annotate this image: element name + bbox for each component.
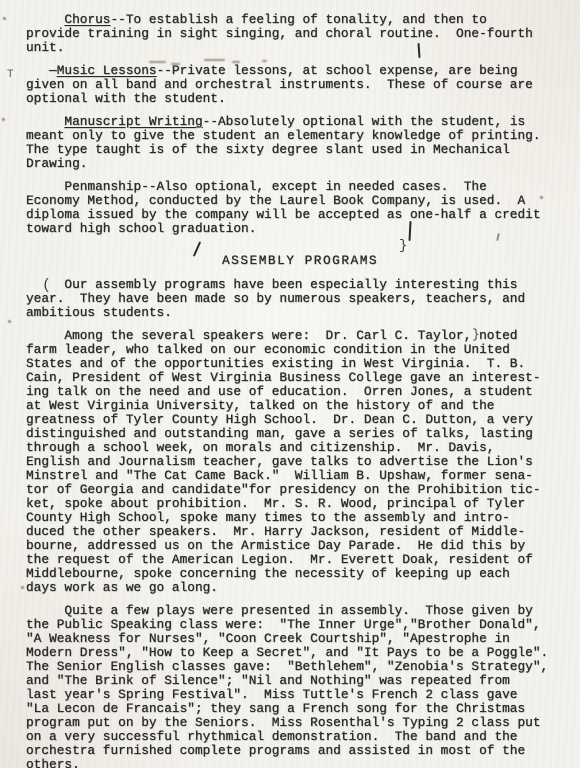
text-segment: the request of the American Legion. Mr. …	[26, 552, 533, 567]
text-segment: duced the other speakers. Mr. Harry Jack…	[26, 524, 525, 539]
text-line: English and Journalism teacher, gave tal…	[26, 455, 570, 469]
typewritten-page: Chorus--To establish a feeling of tonali…	[0, 0, 580, 768]
text-segment: —	[26, 63, 57, 78]
text-segment: unit.	[26, 40, 64, 55]
text-line: County High School, spoke many times to …	[26, 511, 570, 525]
text-segment: on a very successful rhythmical demonstr…	[26, 729, 517, 744]
text-segment	[26, 114, 64, 129]
text-segment: English and Journalism teacher, gave tal…	[26, 454, 533, 469]
text-line: tor of Georgia and candidate"for preside…	[26, 483, 570, 497]
text-segment: farm leader, who talked on our economic …	[26, 342, 510, 357]
ink-speck	[8, 320, 11, 323]
text-line: duced the other speakers. Mr. Harry Jack…	[26, 525, 570, 539]
text-line: Our assembly programs have been especial…	[26, 278, 570, 292]
text-line: ambitious students.	[26, 306, 570, 320]
text-line: Chorus--To establish a feeling of tonali…	[26, 13, 570, 27]
text-line: The type taught is of the sixty degree s…	[26, 143, 570, 157]
text-line: last year's Spring Festival". Miss Tuttl…	[26, 688, 570, 702]
text-segment: ing talk on the need and use of educatio…	[26, 384, 533, 399]
text-line: "La Lecon de Francais"; they sang a Fren…	[26, 702, 570, 716]
text-line: "A Weakness for Nurses", "Coon Creek Cou…	[26, 632, 570, 646]
text-line: —Music Lessons--Private lessons, at scho…	[26, 64, 570, 78]
text-segment: Middlebourne, spoke concerning the neces…	[26, 566, 510, 581]
text-line: Economy Method, conducted by the Laurel …	[26, 194, 570, 208]
text-line: Modern Dress", "How to Keep a Secret", a…	[26, 646, 570, 660]
document-body: Chorus--To establish a feeling of tonali…	[26, 13, 570, 768]
paragraph: Quite a few plays were presented in asse…	[26, 604, 570, 768]
text-segment: given on all band and orchestral instrum…	[26, 77, 533, 92]
text-line: and "The Brink of Silence"; "Nil and Not…	[26, 674, 570, 688]
text-line: program put on by the Seniors. Miss Rose…	[26, 716, 570, 730]
text-line: farm leader, who talked on our economic …	[26, 343, 570, 357]
text-line: greatness of Tyler County High School. D…	[26, 413, 570, 427]
text-segment: year. They have been made so by numerous…	[26, 291, 525, 306]
text-segment: Quite a few plays were presented in asse…	[26, 603, 533, 618]
text-line: Penmanship--Also optional, except in nee…	[26, 180, 570, 194]
text-line: toward high school graduation.	[26, 222, 570, 236]
text-segment: orchestra furnished complete programs an…	[26, 743, 525, 758]
paragraph: —Music Lessons--Private lessons, at scho…	[26, 64, 570, 106]
text-line: distinguished and outstanding man, gave …	[26, 427, 570, 441]
section-heading: ASSEMBLY PROGRAMS	[222, 254, 570, 268]
text-line: ing talk on the need and use of educatio…	[26, 385, 570, 399]
text-line: at West Virginia University, talked on t…	[26, 399, 570, 413]
text-segment: --To establish a feeling of tonality, an…	[110, 12, 486, 27]
text-segment: others.	[26, 757, 80, 768]
underlined-course-title: Music Lessons	[57, 63, 157, 78]
paragraph: Chorus--To establish a feeling of tonali…	[26, 13, 570, 55]
paragraph: Our assembly programs have been especial…	[26, 278, 570, 320]
text-line: Drawing.	[26, 157, 570, 171]
text-line: Quite a few plays were presented in asse…	[26, 604, 570, 618]
text-line: the request of the American Legion. Mr. …	[26, 553, 570, 567]
text-line: others.	[26, 758, 570, 768]
text-line: meant only to give the student an elemen…	[26, 129, 570, 143]
text-segment: the Public Speaking class were: "The Inn…	[26, 617, 541, 632]
text-segment: toward high school graduation.	[26, 221, 256, 236]
text-segment: Modern Dress", "How to Keep a Secret", a…	[26, 645, 548, 660]
text-segment: "La Lecon de Francais"; they sang a Fren…	[26, 701, 525, 716]
text-line: Manuscript Writing--Absolutely optional …	[26, 115, 570, 129]
paragraph: Penmanship--Also optional, except in nee…	[26, 180, 570, 236]
text-line: The Senior English classes gave: "Bethle…	[26, 660, 570, 674]
underlined-course-title: Chorus	[64, 12, 110, 27]
text-segment	[26, 12, 64, 27]
text-segment: at West Virginia University, talked on t…	[26, 398, 494, 413]
text-segment: bourne, addressed us on the Armistice Da…	[26, 538, 525, 553]
text-segment: Among the several speakers were: Dr. Car…	[26, 328, 517, 343]
text-line: optional with the student.	[26, 92, 570, 106]
paragraph: Among the several speakers were: Dr. Car…	[26, 329, 570, 595]
text-segment: The type taught is of the sixty degree s…	[26, 142, 510, 157]
text-segment: and "The Brink of Silence"; "Nil and Not…	[26, 673, 510, 688]
text-line: Middlebourne, spoke concerning the neces…	[26, 567, 570, 581]
text-segment: Our assembly programs have been especial…	[26, 277, 517, 292]
ink-speck	[3, 17, 6, 20]
text-segment: The Senior English classes gave: "Bethle…	[26, 659, 548, 674]
text-segment: --Private lessons, at school expense, ar…	[157, 63, 518, 78]
text-segment: ambitious students.	[26, 305, 172, 320]
text-segment: last year's Spring Festival". Miss Tuttl…	[26, 687, 517, 702]
text-segment: program put on by the Seniors. Miss Rose…	[26, 715, 541, 730]
text-line: year. They have been made so by numerous…	[26, 292, 570, 306]
text-segment: Minstrel and "The Cat Came Back." Willia…	[26, 468, 533, 483]
text-segment: diploma issued by the company will be ac…	[26, 207, 541, 222]
text-line: on a very successful rhythmical demonstr…	[26, 730, 570, 744]
text-line: unit.	[26, 41, 570, 55]
text-line: States and of the opportunities existing…	[26, 357, 570, 371]
text-line: bourne, addressed us on the Armistice Da…	[26, 539, 570, 553]
text-segment: ket, spoke about prohibition. Mr. S. R. …	[26, 496, 525, 511]
text-line: days work as we go along.	[26, 581, 570, 595]
text-line: diploma issued by the company will be ac…	[26, 208, 570, 222]
text-segment: optional with the student.	[26, 91, 226, 106]
text-line: through a school week, on morals and cit…	[26, 441, 570, 455]
text-line: Among the several speakers were: Dr. Car…	[26, 329, 570, 343]
text-segment: greatness of Tyler County High School. D…	[26, 412, 533, 427]
text-segment: County High School, spoke many times to …	[26, 510, 510, 525]
text-segment: meant only to give the student an elemen…	[26, 128, 541, 143]
text-segment: Drawing.	[26, 156, 87, 171]
text-segment: Penmanship--Also optional, except in nee…	[26, 179, 487, 194]
text-segment: Cain, President of West Virginia Busines…	[26, 370, 541, 385]
text-segment: "A Weakness for Nurses", "Coon Creek Cou…	[26, 631, 510, 646]
paragraph: Manuscript Writing--Absolutely optional …	[26, 115, 570, 171]
text-segment: States and of the opportunities existing…	[26, 356, 525, 371]
text-line: the Public Speaking class were: "The Inn…	[26, 618, 570, 632]
text-line: orchestra furnished complete programs an…	[26, 744, 570, 758]
text-line: provide training in sight singing, and c…	[26, 27, 570, 41]
text-segment: through a school week, on morals and cit…	[26, 440, 494, 455]
text-segment: tor of Georgia and candidate"for preside…	[26, 482, 541, 497]
ink-speck	[21, 586, 24, 589]
text-line: Minstrel and "The Cat Came Back." Willia…	[26, 469, 570, 483]
stray-pen-mark: T	[7, 69, 14, 81]
underlined-course-title: Manuscript Writing	[64, 114, 202, 129]
text-line: given on all band and orchestral instrum…	[26, 78, 570, 92]
text-segment: distinguished and outstanding man, gave …	[26, 426, 533, 441]
text-segment: provide training in sight singing, and c…	[26, 26, 533, 41]
text-segment: days work as we go along.	[26, 580, 218, 595]
text-segment: --Absolutely optional with the student, …	[203, 114, 526, 129]
text-line: ket, spoke about prohibition. Mr. S. R. …	[26, 497, 570, 511]
text-line: Cain, President of West Virginia Busines…	[26, 371, 570, 385]
text-segment: Economy Method, conducted by the Laurel …	[26, 193, 525, 208]
ink-speck	[2, 118, 5, 121]
